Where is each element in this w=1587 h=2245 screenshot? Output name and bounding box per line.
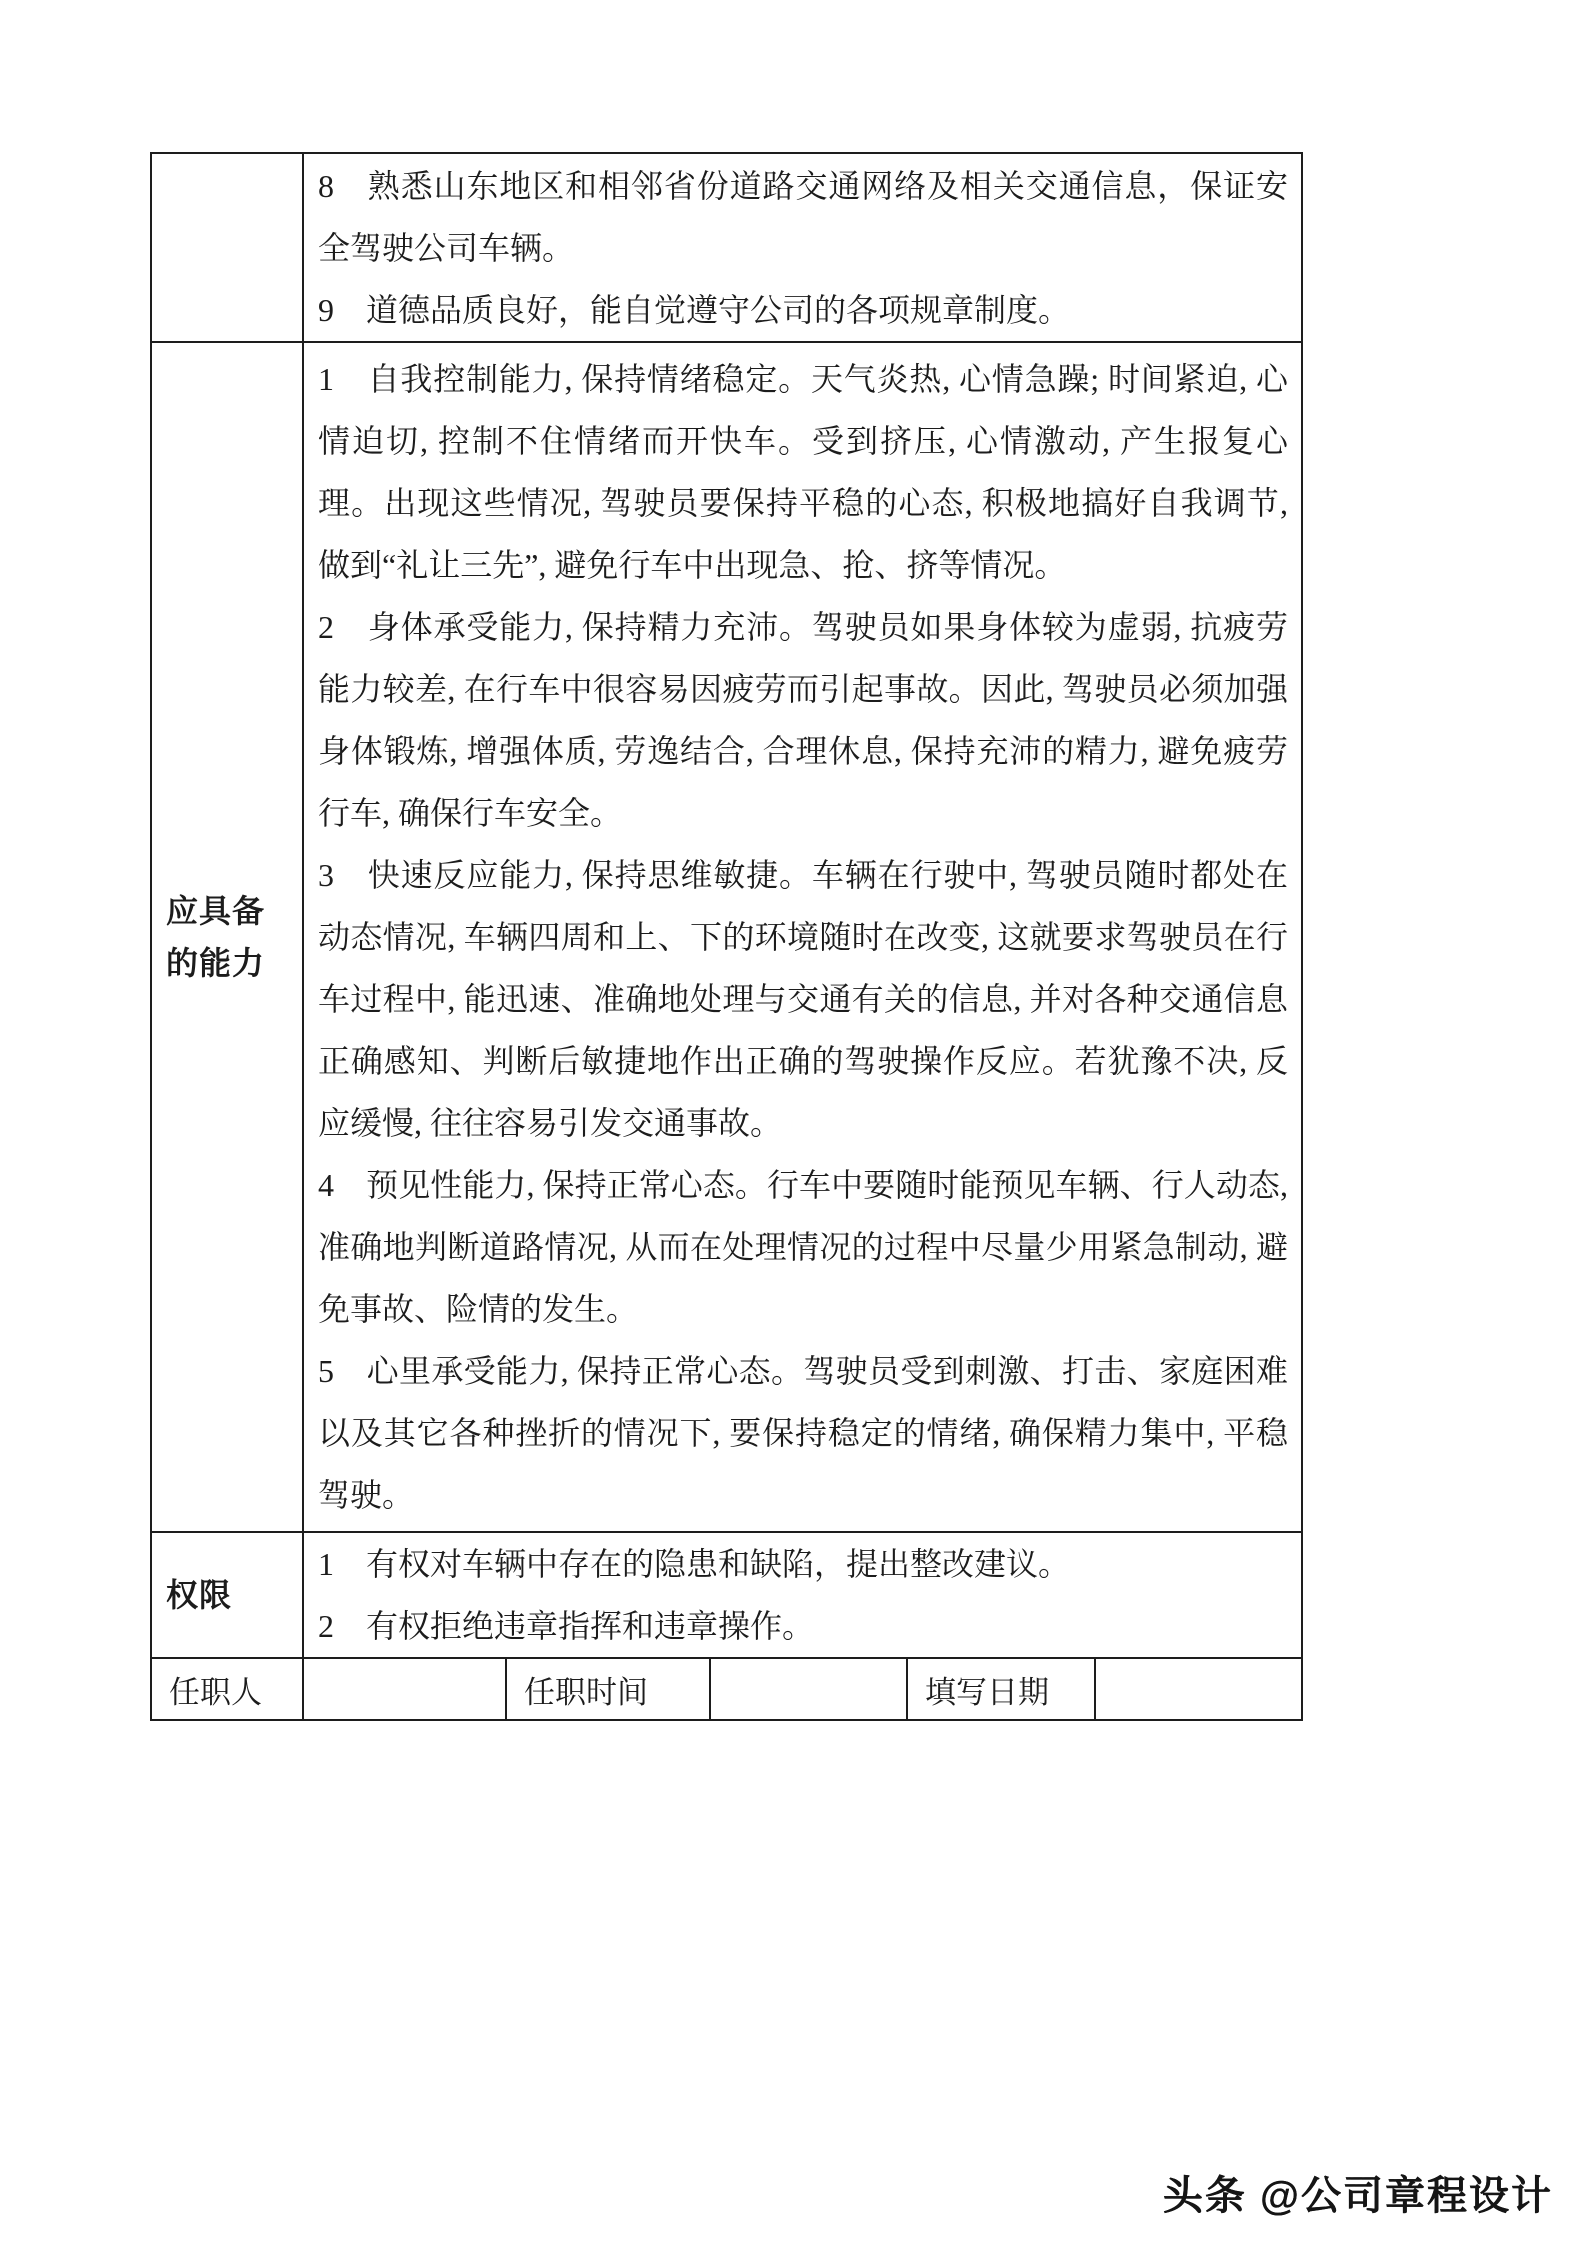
requirement-item-9: 9 道德品质良好，能自觉遵守公司的各项规章制度。 — [318, 279, 1288, 341]
job-description-table: 8 熟悉山东地区和相邻省份道路交通网络及相关交通信息，保证安全驾驶公司车辆。 9… — [150, 152, 1303, 1721]
table-row-requirements-continued: 8 熟悉山东地区和相邻省份道路交通网络及相关交通信息，保证安全驾驶公司车辆。 9… — [152, 154, 1301, 341]
ability-item-5: 5 心里承受能力, 保持正常心态。驾驶员受到刺激、打击、家庭困难以及其它各种挫折… — [318, 1340, 1288, 1526]
label-fill-date: 填写日期 — [908, 1659, 1096, 1719]
field-tenure-time[interactable] — [711, 1659, 908, 1719]
authority-item-2: 2 有权拒绝违章指挥和违章操作。 — [318, 1595, 1288, 1657]
table-row-signature: 任职人 任职时间 填写日期 — [152, 1657, 1301, 1719]
ability-item-2: 2 身体承受能力, 保持精力充沛。驾驶员如果身体较为虚弱, 抗疲劳能力较差, 在… — [318, 596, 1288, 844]
row-header-abilities-line1: 应具备 — [166, 885, 302, 937]
ability-item-4: 4 预见性能力, 保持正常心态。行车中要随时能预见车辆、行人动态, 准确地判断道… — [318, 1154, 1288, 1340]
field-position-holder[interactable] — [304, 1659, 507, 1719]
ability-item-3: 3 快速反应能力, 保持思维敏捷。车辆在行驶中, 驾驶员随时都处在动态情况, 车… — [318, 844, 1288, 1154]
table-row-abilities: 应具备 的能力 1 自我控制能力, 保持情绪稳定。天气炎热, 心情急躁; 时间紧… — [152, 341, 1301, 1531]
label-tenure-time: 任职时间 — [507, 1659, 711, 1719]
row-content-authority: 1 有权对车辆中存在的隐患和缺陷，提出整改建议。 2 有权拒绝违章指挥和违章操作… — [304, 1533, 1301, 1657]
toutiao-watermark: 头条 @公司章程设计 — [1163, 2164, 1553, 2221]
requirement-item-8: 8 熟悉山东地区和相邻省份道路交通网络及相关交通信息，保证安全驾驶公司车辆。 — [318, 155, 1288, 279]
authority-item-1: 1 有权对车辆中存在的隐患和缺陷，提出整改建议。 — [318, 1533, 1288, 1595]
row-header-abilities-line2: 的能力 — [166, 937, 302, 989]
table-row-authority: 权限 1 有权对车辆中存在的隐患和缺陷，提出整改建议。 2 有权拒绝违章指挥和违… — [152, 1531, 1301, 1657]
label-position-holder: 任职人 — [152, 1659, 304, 1719]
field-fill-date[interactable] — [1096, 1659, 1301, 1719]
row-header-abilities: 应具备 的能力 — [152, 343, 304, 1531]
ability-item-1: 1 自我控制能力, 保持情绪稳定。天气炎热, 心情急躁; 时间紧迫, 心情迫切,… — [318, 348, 1288, 596]
row-header-authority: 权限 — [152, 1533, 304, 1657]
row-content-abilities: 1 自我控制能力, 保持情绪稳定。天气炎热, 心情急躁; 时间紧迫, 心情迫切,… — [304, 343, 1301, 1531]
document-page: 8 熟悉山东地区和相邻省份道路交通网络及相关交通信息，保证安全驾驶公司车辆。 9… — [0, 0, 1587, 2245]
row-content-requirements: 8 熟悉山东地区和相邻省份道路交通网络及相关交通信息，保证安全驾驶公司车辆。 9… — [304, 154, 1301, 341]
row-header-empty-cell — [152, 154, 304, 341]
